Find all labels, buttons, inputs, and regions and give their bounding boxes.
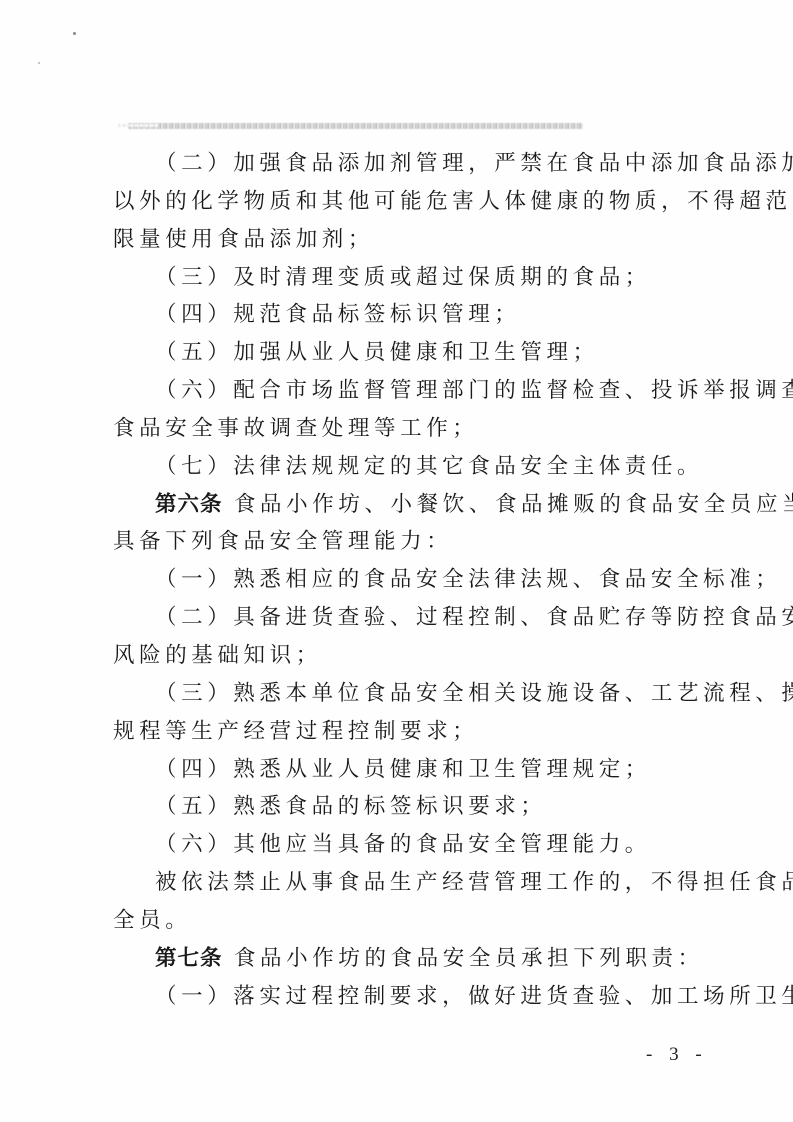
article-number: 第六条: [155, 492, 223, 517]
document-page: （二）加强食品添加剂管理，严禁在食品中添加食品添加剂 以外的化学物质和其他可能危…: [0, 0, 793, 1122]
scan-speck: [73, 32, 76, 35]
article-heading-line: 第七条 食品小作坊的食品安全员承担下列职责：: [113, 940, 695, 978]
text-line: （四）规范食品标签标识管理；: [113, 296, 695, 334]
text-line: （一）落实过程控制要求，做好进货查验、加工场所卫生保: [113, 978, 695, 1016]
text-line: 被依法禁止从事食品生产经营管理工作的，不得担任食品安: [113, 864, 695, 902]
scan-speck: [38, 62, 40, 64]
text-line: （五）熟悉食品的标签标识要求；: [113, 788, 695, 826]
article-heading-line: 第六条 食品小作坊、小餐饮、食品摊贩的食品安全员应当: [113, 486, 695, 524]
text-line: （七）法律法规规定的其它食品安全主体责任。: [113, 448, 695, 486]
text-line: 限量使用食品添加剂；: [113, 221, 695, 259]
text-line: （一）熟悉相应的食品安全法律法规、食品安全标准；: [113, 561, 695, 599]
text-line: （六）其他应当具备的食品安全管理能力。: [113, 826, 695, 864]
article-number: 第七条: [155, 946, 223, 971]
document-body: （二）加强食品添加剂管理，严禁在食品中添加食品添加剂 以外的化学物质和其他可能危…: [113, 145, 695, 1015]
text-line: 规程等生产经营过程控制要求；: [113, 713, 695, 751]
text-line: （四）熟悉从业人员健康和卫生管理规定；: [113, 751, 695, 789]
scan-artifact-band: [128, 123, 583, 129]
text-line: 全员。: [113, 902, 695, 940]
page-number: - 3 -: [646, 1044, 708, 1066]
text-line: 具备下列食品安全管理能力：: [113, 523, 695, 561]
text-line: （六）配合市场监督管理部门的监督检查、投诉举报调查、: [113, 372, 695, 410]
text-line: （二）加强食品添加剂管理，严禁在食品中添加食品添加剂: [113, 145, 695, 183]
text-line: （三）熟悉本单位食品安全相关设施设备、工艺流程、操作: [113, 675, 695, 713]
text-line: 风险的基础知识；: [113, 637, 695, 675]
text-line: （五）加强从业人员健康和卫生管理；: [113, 334, 695, 372]
text-line: 食品安全事故调查处理等工作；: [113, 410, 695, 448]
text-line: 以外的化学物质和其他可能危害人体健康的物质，不得超范围超: [113, 183, 695, 221]
text-line: （三）及时清理变质或超过保质期的食品；: [113, 259, 695, 297]
text-line: （二）具备进货查验、过程控制、食品贮存等防控食品安全: [113, 599, 695, 637]
